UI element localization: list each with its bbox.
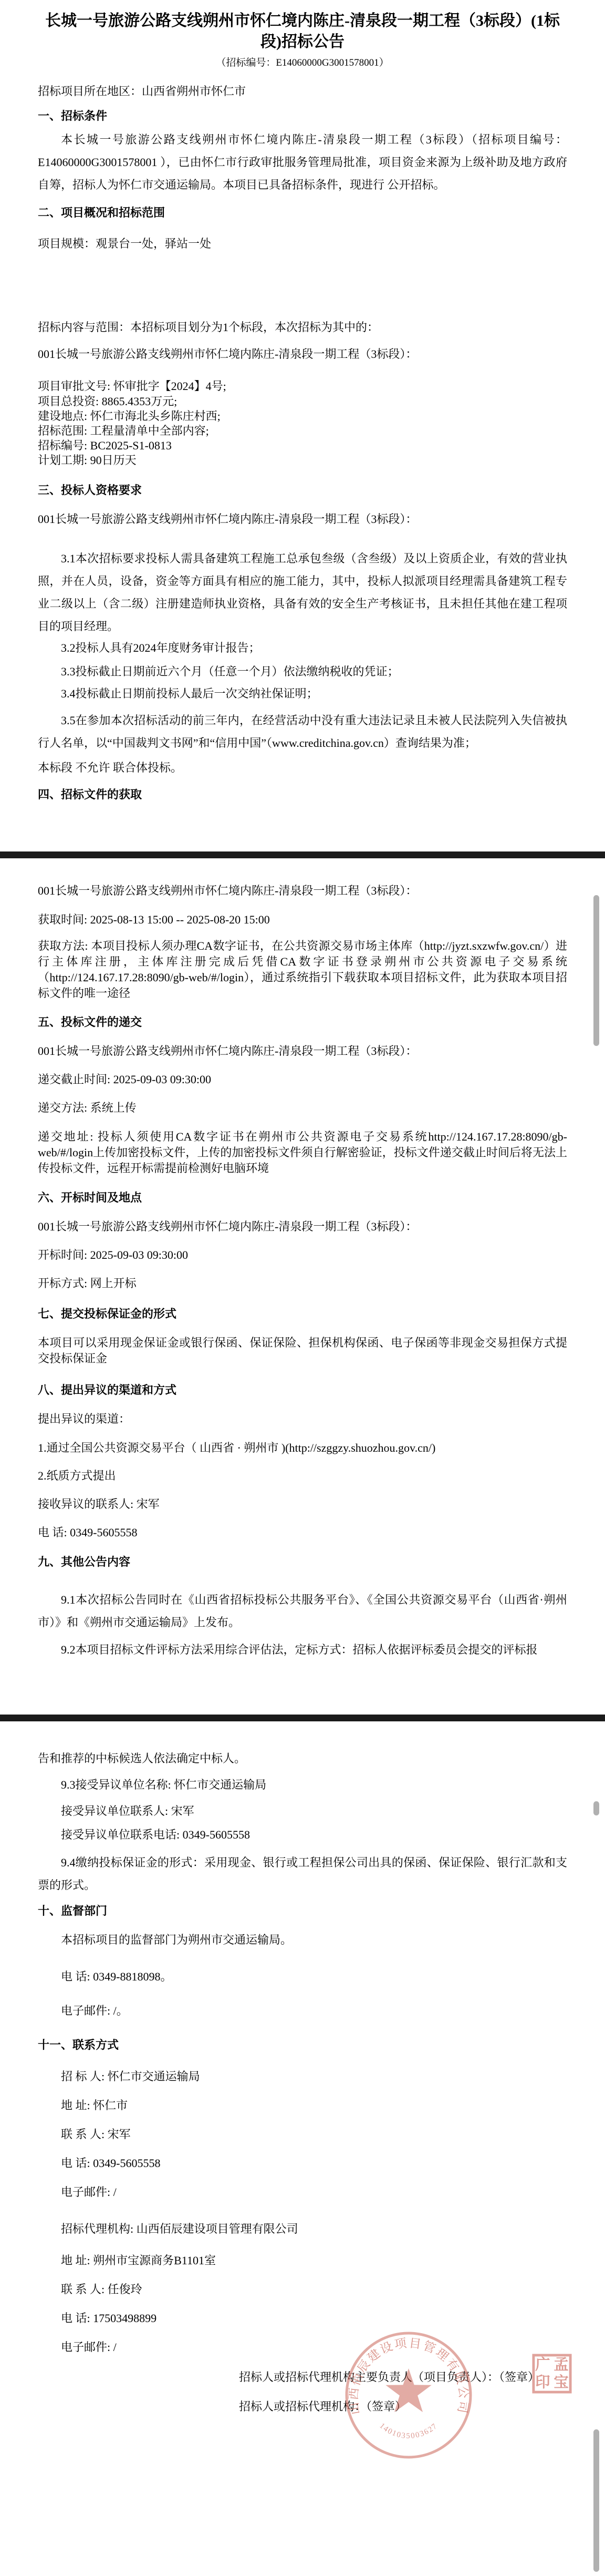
- doc-line: 001长城一号旅游公路支线朔州市怀仁境内陈庄-清泉段一期工程（3标段）：: [38, 347, 567, 361]
- section-heading: 十、监督部门: [38, 1904, 567, 1918]
- doc-line: 接受异议单位联系电话: 0349-5605558: [38, 1828, 567, 1842]
- doc-line: 本标段 不允许 联合体投标。: [38, 761, 567, 775]
- doc-line: 招标范围: 工程量清单中全部内容;: [38, 424, 567, 438]
- doc-line: 递交地址: 投标人须使用CA数字证书在朔州市公共资源电子交易系统http://1…: [38, 1129, 567, 1176]
- section-heading: 十一、联系方式: [38, 2038, 567, 2052]
- doc-line: 项目总投资: 8865.4353万元;: [38, 394, 567, 408]
- signature-block: 招标人或招标代理机构主要负责人（项目负责人）：（签章） 招标人或招标代理机构：（…: [38, 2370, 567, 2543]
- doc-line: 联 系 人: 宋军: [38, 2127, 567, 2141]
- doc-line: 电子邮件: /: [38, 2340, 567, 2354]
- tender-announcement-page: 长城一号旅游公路支线朔州市怀仁境内陈庄-清泉段一期工程（3标段）(1标段)招标公…: [0, 0, 605, 2576]
- doc-line: 项目审批文号: 怀审批字【2024】4号;: [38, 379, 567, 393]
- doc-line: 3.5在参加本次招标活动的前三年内，在经营活动中没有重大违法记录且未被人民法院列…: [38, 709, 567, 754]
- doc-line: 本招标项目的监督部门为朔州市交通运输局。: [38, 1933, 567, 1947]
- doc-line: 获取时间: 2025-08-13 15:00 -- 2025-08-20 15:…: [38, 912, 567, 927]
- doc-line: 001长城一号旅游公路支线朔州市怀仁境内陈庄-清泉段一期工程（3标段）：: [38, 884, 567, 898]
- doc-line: 建设地点: 怀仁市海北头乡陈庄村西;: [38, 409, 567, 423]
- section-heading: 七、提交投标保证金的形式: [38, 1307, 567, 1321]
- doc-line: 电子邮件: /。: [38, 2004, 567, 2018]
- doc-line: 3.3投标截止日期前近六个月（任意一个月）依法缴纳税收的凭证；: [38, 664, 567, 679]
- doc-line: 计划工期: 90日历天: [38, 453, 567, 467]
- doc-line: 9.4缴纳投标保证金的形式：采用现金、银行或工程担保公司出具的保函、保证保险、银…: [38, 1851, 567, 1896]
- doc-line: 开标时间: 2025-09-03 09:30:00: [38, 1248, 567, 1262]
- section-heading: 一、招标条件: [38, 109, 567, 123]
- doc-line: 电 话: 0349-8818098。: [38, 1969, 567, 1984]
- doc-line: 项目规模：观景台一处，驿站一处: [38, 237, 567, 251]
- section-heading: 四、招标文件的获取: [38, 787, 567, 802]
- page-break-bar: [0, 851, 605, 858]
- doc-line: 获取方法: 本项目投标人须办理CA数字证书，在公共资源交易市场主体库（http:…: [38, 938, 567, 1001]
- doc-line: 联 系 人: 任俊玲: [38, 2282, 567, 2296]
- document-title: 长城一号旅游公路支线朔州市怀仁境内陈庄-清泉段一期工程（3标段）(1标段)招标公…: [38, 11, 567, 53]
- document-body: 招标项目所在地区：山西省朔州市怀仁市一、招标条件本长城一号旅游公路支线朔州市怀仁…: [38, 84, 567, 2354]
- doc-line: 递交方法: 系统上传: [38, 1101, 567, 1115]
- doc-line: 招标编号: BC2025-S1-0813: [38, 438, 567, 453]
- doc-line: 电子邮件: /: [38, 2185, 567, 2199]
- doc-line: 本项目可以采用现金保证金或银行保函、保证保险、担保机构保函、电子保函等非现金交易…: [38, 1335, 567, 1367]
- seal-number-text: 1401035003627: [378, 2421, 439, 2440]
- doc-line: 1.通过全国公共资源交易平台（ 山西省 · 朔州市 )(http://szggz…: [38, 1441, 567, 1455]
- scrollbar-thumb[interactable]: [593, 2429, 599, 2572]
- doc-line: 接收异议的联系人: 宋军: [38, 1497, 567, 1511]
- doc-line: 9.2本项目招标文件评标方法采用综合评估法，定标方式：招标人依据评标委员会提交的…: [38, 1643, 567, 1657]
- section-heading: 九、其他公告内容: [38, 1555, 567, 1569]
- scrollbar-thumb[interactable]: [593, 895, 599, 1046]
- doc-line: 电 话: 0349-5605558: [38, 1525, 567, 1540]
- doc-line: 招标代理机构: 山西佰辰建设项目管理有限公司: [38, 2222, 567, 2236]
- doc-line: 招 标 人: 怀仁市交通运输局: [38, 2069, 567, 2084]
- doc-line: 提出异议的渠道：: [38, 1412, 567, 1426]
- doc-line: 3.4投标截止日期前投标人最后一次交纳社保证明；: [38, 686, 567, 701]
- tender-announcement-document: 长城一号旅游公路支线朔州市怀仁境内陈庄-清泉段一期工程（3标段）(1标段)招标公…: [0, 0, 605, 2543]
- doc-line: 地 址: 怀仁市: [38, 2098, 567, 2112]
- doc-line: 地 址: 朔州市宝源商务B1101室: [38, 2253, 567, 2267]
- doc-line: 001长城一号旅游公路支线朔州市怀仁境内陈庄-清泉段一期工程（3标段）：: [38, 1219, 567, 1234]
- scrollbar-thumb[interactable]: [593, 1801, 599, 1815]
- page-break-bar: [0, 1715, 605, 1721]
- doc-line: 本长城一号旅游公路支线朔州市怀仁境内陈庄-清泉段一期工程（3标段）（招标项目编号…: [38, 128, 567, 196]
- doc-line: 电 话: 17503498899: [38, 2311, 567, 2325]
- section-heading: 二、项目概况和招标范围: [38, 206, 567, 220]
- section-heading: 五、投标文件的递交: [38, 1015, 567, 1029]
- doc-line: 开标方式: 网上开标: [38, 1276, 567, 1290]
- doc-line: 电 话: 0349-5605558: [38, 2156, 567, 2170]
- doc-line: 001长城一号旅游公路支线朔州市怀仁境内陈庄-清泉段一期工程（3标段）：: [38, 512, 567, 526]
- doc-line: 9.3接受异议单位名称: 怀仁市交通运输局: [38, 1778, 567, 1792]
- doc-line: 招标项目所在地区：山西省朔州市怀仁市: [38, 84, 567, 98]
- doc-line: 3.2投标人具有2024年度财务审计报告；: [38, 641, 567, 655]
- section-heading: 三、投标人资格要求: [38, 483, 567, 497]
- tender-number-line: （招标编号：E14060000G3001578001）: [38, 58, 567, 68]
- doc-line: 告和推荐的中标候选人依法确定中标人。: [38, 1751, 567, 1766]
- doc-line: 2.纸质方式提出: [38, 1469, 567, 1483]
- doc-line: 001长城一号旅游公路支线朔州市怀仁境内陈庄-清泉段一期工程（3标段）：: [38, 1044, 567, 1058]
- doc-line: 递交截止时间: 2025-09-03 09:30:00: [38, 1072, 567, 1086]
- section-heading: 八、提出异议的渠道和方式: [38, 1383, 567, 1397]
- agency-signature-line: 招标人或招标代理机构：（签章）: [239, 2399, 567, 2414]
- section-heading: 六、开标时间及地点: [38, 1190, 567, 1205]
- doc-line: 招标内容与范围：本招标项目划分为1个标段，本次招标为其中的：: [38, 320, 567, 334]
- principal-signature-line: 招标人或招标代理机构主要负责人（项目负责人）：（签章）: [239, 2370, 567, 2384]
- doc-line: 3.1本次招标要求投标人需具备建筑工程施工总承包叁级（含叁级）及以上资质企业，有…: [38, 547, 567, 638]
- doc-line: 9.1本次招标公告同时在《山西省招标投标公共服务平台》、《全国公共资源交易平台（…: [38, 1588, 567, 1634]
- doc-line: 接受异议单位联系人: 宋军: [38, 1804, 567, 1818]
